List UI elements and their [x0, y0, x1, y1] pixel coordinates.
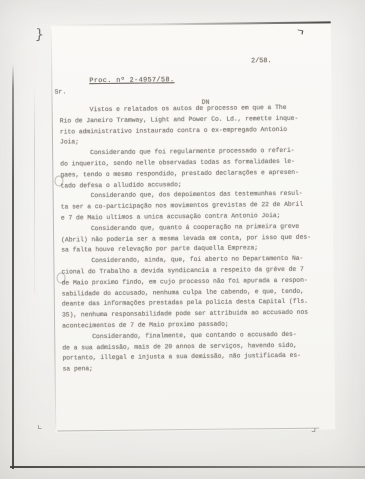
page-edge-bottom — [57, 428, 319, 432]
paragraph: Vistos e relatados os autos de processo … — [60, 103, 314, 149]
crop-mark-bottom-left-icon: ⌞ — [37, 418, 42, 431]
film-edge-left — [12, 64, 14, 469]
film-edge-left-shadow — [34, 84, 35, 294]
paragraph: Considerando, ainda, que, foi aberto no … — [61, 254, 316, 332]
paragraph: Considerando que foi regularmente proces… — [60, 146, 314, 192]
crop-mark-top-left-icon: } — [34, 27, 44, 44]
film-edge-bottom — [10, 466, 365, 468]
paragraph: Considerando, finalmente, que contando o… — [62, 329, 316, 375]
paragraph: Considerando que, quanto á cooperação na… — [61, 221, 315, 256]
page-edge-top — [51, 21, 331, 26]
crop-mark-bottom-right-icon: ⌟ — [311, 421, 316, 434]
page-ref: 2/58. — [251, 57, 271, 65]
punch-mark — [54, 175, 63, 186]
photo-background: 2/58. Proc. nº 2-4957/58. Sr. DN Vistos … — [0, 0, 365, 479]
document-body: Vistos e relatados os autos de processo … — [60, 103, 317, 376]
paragraph: Considerando que, dos depoimentos das te… — [61, 189, 315, 224]
punch-mark — [57, 272, 66, 283]
process-number: Proc. nº 2-4957/58. — [89, 76, 174, 85]
margin-note: Sr. — [54, 88, 66, 95]
document-page: 2/58. Proc. nº 2-4957/58. Sr. DN Vistos … — [51, 22, 336, 432]
